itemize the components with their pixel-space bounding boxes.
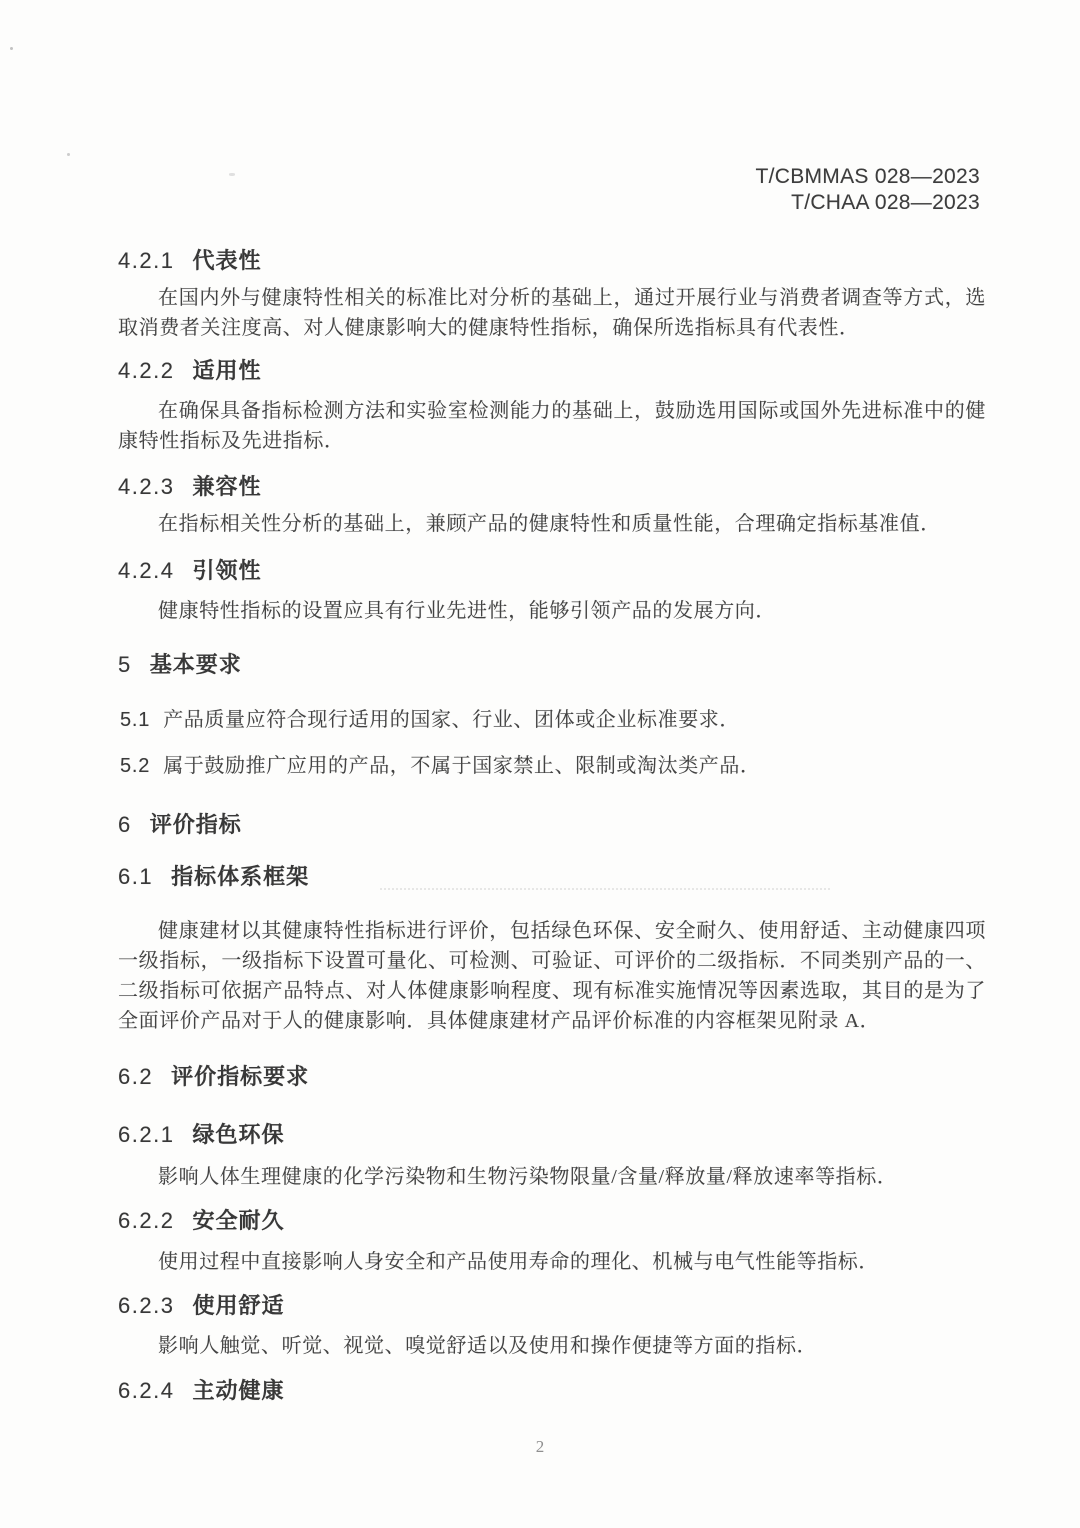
- section-number: 4.2.1: [118, 248, 174, 273]
- section-title: 引领性: [192, 558, 261, 583]
- section-number: 6.2.2: [118, 1208, 174, 1233]
- section-heading-4-2-1: 4.2.1代表性: [118, 244, 261, 275]
- section-title: 基本要求: [150, 652, 242, 677]
- section-body-6-1: 健康建材以其健康特性指标进行评价，包括绿色环保、安全耐久、使用舒适、主动健康四项…: [118, 916, 986, 1036]
- section-title: 绿色环保: [192, 1122, 284, 1147]
- section-number: 6.1: [118, 864, 153, 889]
- section-heading-4-2-2: 4.2.2适用性: [118, 354, 261, 385]
- section-number: 6.2.3: [118, 1293, 174, 1318]
- section-body-4-2-2: 在确保具备指标检测方法和实验室检测能力的基础上，鼓励选用国际或国外先进标准中的健…: [118, 396, 986, 456]
- standard-code-line: T/CBMMAS 028—2023: [755, 164, 980, 190]
- section-number: 6.2.1: [118, 1122, 174, 1147]
- section-heading-6-2-2: 6.2.2安全耐久: [118, 1204, 284, 1235]
- clause-5-1: 5.1产品质量应符合现行适用的国家、行业、团体或企业标准要求．: [120, 705, 988, 735]
- section-number: 4.2.2: [118, 358, 174, 383]
- section-heading-4-2-4: 4.2.4引领性: [118, 554, 261, 585]
- section-title: 指标体系框架: [171, 864, 309, 889]
- section-heading-6-1: 6.1指标体系框架: [118, 860, 309, 891]
- section-heading-6-2: 6.2评价指标要求: [118, 1060, 309, 1091]
- section-heading-6-2-1: 6.2.1绿色环保: [118, 1118, 284, 1149]
- section-body-6-2-2: 使用过程中直接影响人身安全和产品使用寿命的理化、机械与电气性能等指标．: [118, 1247, 986, 1277]
- section-title: 兼容性: [192, 474, 261, 499]
- section-title: 安全耐久: [192, 1208, 284, 1233]
- document-page: T/CBMMAS 028—2023 T/CHAA 028—2023 4.2.1代…: [0, 0, 1080, 1528]
- section-heading-6-2-3: 6.2.3使用舒适: [118, 1289, 284, 1320]
- section-title: 适用性: [192, 358, 261, 383]
- section-title: 评价指标要求: [171, 1064, 309, 1089]
- standard-codes-header: T/CBMMAS 028—2023 T/CHAA 028—2023: [755, 164, 980, 216]
- scan-speck: [10, 47, 13, 50]
- section-title: 主动健康: [192, 1378, 284, 1403]
- standard-code-line: T/CHAA 028—2023: [755, 190, 980, 216]
- scan-speck: [67, 153, 70, 156]
- section-body-4-2-4: 健康特性指标的设置应具有行业先进性，能够引领产品的发展方向．: [118, 596, 986, 626]
- page-number: 2: [0, 1437, 1080, 1457]
- clause-text: 产品质量应符合现行适用的国家、行业、团体或企业标准要求．: [163, 709, 740, 731]
- scan-artifact: [380, 888, 830, 890]
- section-body-4-2-3: 在指标相关性分析的基础上，兼顾产品的健康特性和质量性能，合理确定指标基准值．: [118, 509, 986, 539]
- section-body-4-2-1: 在国内外与健康特性相关的标准比对分析的基础上，通过开展行业与消费者调查等方式，选…: [118, 283, 986, 343]
- section-number: 6.2.4: [118, 1378, 174, 1403]
- clause-5-2: 5.2属于鼓励推广应用的产品，不属于国家禁止、限制或淘汰类产品．: [120, 751, 988, 781]
- section-number: 4.2.4: [118, 558, 174, 583]
- section-title: 代表性: [192, 248, 261, 273]
- clause-text: 属于鼓励推广应用的产品，不属于国家禁止、限制或淘汰类产品．: [163, 755, 760, 777]
- section-number: 6.2: [118, 1064, 153, 1089]
- section-heading-4-2-3: 4.2.3兼容性: [118, 470, 261, 501]
- section-body-6-2-3: 影响人触觉、听觉、视觉、嗅觉舒适以及使用和操作便捷等方面的指标．: [118, 1331, 986, 1361]
- section-body-6-2-1: 影响人体生理健康的化学污染物和生物污染物限量/含量/释放量/释放速率等指标．: [118, 1162, 986, 1192]
- section-title: 评价指标: [150, 812, 242, 837]
- clause-number: 5.2: [120, 755, 150, 777]
- section-heading-5: 5基本要求: [118, 648, 242, 679]
- section-number: 4.2.3: [118, 474, 174, 499]
- section-number: 6: [118, 812, 132, 837]
- clause-number: 5.1: [120, 709, 150, 731]
- section-heading-6: 6评价指标: [118, 808, 242, 839]
- section-heading-6-2-4: 6.2.4主动健康: [118, 1374, 284, 1405]
- scan-speck: [229, 173, 235, 176]
- section-number: 5: [118, 652, 132, 677]
- section-title: 使用舒适: [192, 1293, 284, 1318]
